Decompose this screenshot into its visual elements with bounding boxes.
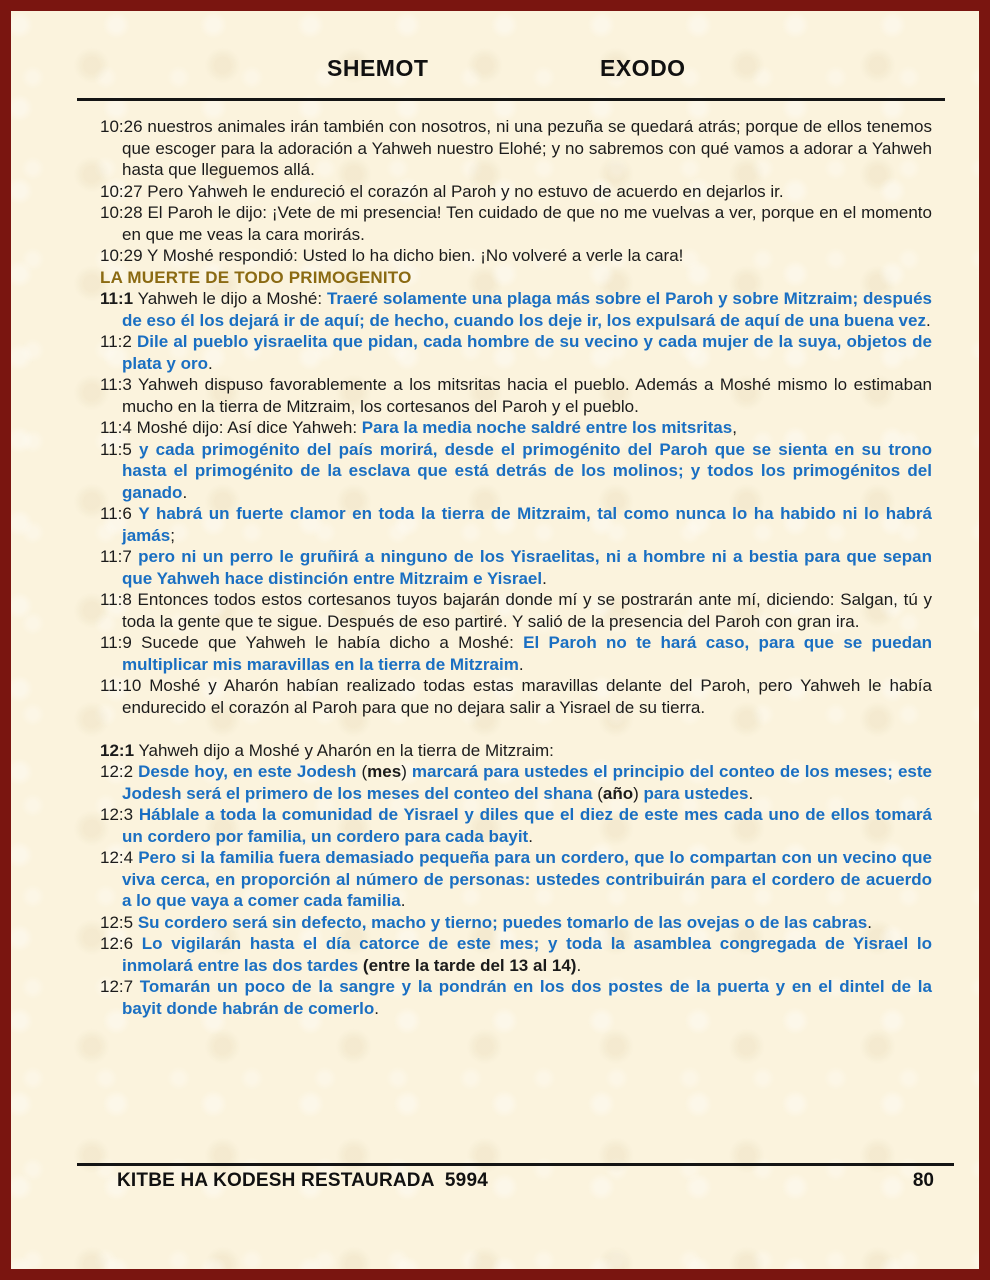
verse-text-segment: pero ni un perro le gruñirá a ninguno de…	[122, 547, 932, 588]
verse-number: 11:4	[100, 418, 132, 437]
verse-12-4: 12:4 Pero si la familia fuera demasiado …	[100, 847, 932, 912]
verse-text-segment: ,	[732, 418, 737, 437]
verse-text-segment: Entonces todos estos cortesanos tuyos ba…	[122, 590, 932, 631]
verse-11-8: 11:8 Entonces todos estos cortesanos tuy…	[100, 589, 932, 632]
section-heading: LA MUERTE DE TODO PRIMOGENITO	[100, 267, 932, 289]
verse-11-10: 11:10 Moshé y Aharón habían realizado to…	[100, 675, 932, 718]
verse-12-7: 12:7 Tomarán un poco de la sangre y la p…	[100, 976, 932, 1019]
verse-text-segment: Yahweh le dijo a Moshé:	[138, 289, 327, 308]
verse-number: 10:27	[100, 182, 143, 201]
verse-text-segment: El Paroh le dijo: ¡Vete de mi presencia!…	[122, 203, 932, 244]
verse-text-segment: Y habrá un fuerte clamor en toda la tier…	[122, 504, 932, 545]
verse-text-segment: Pero si la familia fuera demasiado peque…	[122, 848, 932, 910]
verse-text-segment: Tomarán un poco de la sangre y la pondrá…	[122, 977, 932, 1018]
verse-11-1: 11:1 Yahweh le dijo a Moshé: Traeré sola…	[100, 288, 932, 331]
footer-rule	[77, 1163, 954, 1166]
verse-text-segment: para ustedes	[644, 784, 749, 803]
verse-text-segment: mes	[367, 762, 401, 781]
verse-text-segment: .	[374, 999, 379, 1018]
verse-text-segment: Sucede que Yahweh le había dicho a Moshé…	[141, 633, 523, 652]
verse-number: 12:2	[100, 762, 133, 781]
verse-text-segment: Háblale a toda la comunidad de Yisrael y…	[122, 805, 932, 846]
verse-text-segment: Moshé y Aharón habían realizado todas es…	[122, 676, 932, 717]
verse-number: 11:3	[100, 375, 132, 394]
verse-number: 11:7	[100, 547, 132, 566]
verse-text-segment: Para la media noche saldré entre los mit…	[362, 418, 732, 437]
verse-text-segment: .	[519, 655, 524, 674]
verse-text-segment: (entre la tarde del 13 al 14)	[363, 956, 577, 975]
verse-number: 12:4	[100, 848, 133, 867]
verse-text-segment: Yahweh dijo a Moshé y Aharón en la tierr…	[138, 741, 553, 760]
verse-text-segment: )	[633, 784, 643, 803]
verse-10-26: 10:26 nuestros animales irán también con…	[100, 116, 932, 181]
verse-10-29: 10:29 Y Moshé respondió: Usted lo ha dic…	[100, 245, 932, 267]
header-rule	[77, 98, 945, 101]
verse-text-segment: nuestros animales irán también con nosot…	[122, 117, 932, 179]
verse-11-4: 11:4 Moshé dijo: Así dice Yahweh: Para l…	[100, 417, 932, 439]
verse-number: 11:5	[100, 440, 132, 459]
verse-text-segment: .	[926, 311, 931, 330]
verse-text-segment: )	[401, 762, 412, 781]
verse-12-5: 12:5 Su cordero será sin defecto, macho …	[100, 912, 932, 934]
verse-number: 11:8	[100, 590, 132, 609]
verse-12-3: 12:3 Háblale a toda la comunidad de Yisr…	[100, 804, 932, 847]
verse-text-segment: .	[867, 913, 872, 932]
verse-11-9: 11:9 Sucede que Yahweh le había dicho a …	[100, 632, 932, 675]
verse-number: 10:28	[100, 203, 143, 222]
verse-number: 12:3	[100, 805, 133, 824]
verse-text-segment: Yahweh dispuso favorablemente a los mits…	[122, 375, 932, 416]
verse-text-segment: Dile al pueblo yisraelita que pidan, cad…	[122, 332, 932, 373]
verse-11-5: 11:5 y cada primogénito del país morirá,…	[100, 439, 932, 504]
verse-text-segment: .	[182, 483, 187, 502]
verse-12-6: 12:6 Lo vigilarán hasta el día catorce d…	[100, 933, 932, 976]
verse-10-28: 10:28 El Paroh le dijo: ¡Vete de mi pres…	[100, 202, 932, 245]
verse-number: 12:1	[100, 741, 134, 760]
verse-text-segment: Pero Yahweh le endureció el corazón al P…	[147, 182, 783, 201]
verse-number: 12:6	[100, 934, 133, 953]
verse-12-1: 12:1 Yahweh dijo a Moshé y Aharón en la …	[100, 740, 932, 762]
verse-text-segment: Moshé dijo: Así dice Yahweh:	[137, 418, 362, 437]
verse-text-segment: año	[603, 784, 633, 803]
page-header: SHEMOT EXODO	[11, 55, 979, 87]
verse-text-segment: .	[748, 784, 753, 803]
verse-text-segment: Desde hoy, en este Jodesh	[138, 762, 361, 781]
verse-11-3: 11:3 Yahweh dispuso favorablemente a los…	[100, 374, 932, 417]
verse-text-segment: .	[401, 891, 406, 910]
verse-number: 11:6	[100, 504, 132, 523]
scripture-page: SHEMOT EXODO 10:26 nuestros animales irá…	[11, 11, 979, 1269]
footer-page-number: 80	[913, 1170, 934, 1192]
verse-text-segment: .	[528, 827, 533, 846]
verse-text-segment: .	[208, 354, 213, 373]
verse-number: 11:2	[100, 332, 132, 351]
verse-text-segment: y cada primogénito del país morirá, desd…	[122, 440, 932, 502]
scripture-text: 10:26 nuestros animales irán también con…	[100, 116, 932, 1019]
verse-number: 12:5	[100, 913, 133, 932]
verse-text-segment: .	[576, 956, 581, 975]
header-title-exodo: EXODO	[600, 55, 686, 82]
page-footer: KITBE HA KODESH RESTAURADA 5994 80	[117, 1170, 934, 1192]
verse-number: 10:26	[100, 117, 143, 136]
verse-number: 11:1	[100, 289, 133, 308]
verse-11-7: 11:7 pero ni un perro le gruñirá a ningu…	[100, 546, 932, 589]
verse-number: 10:29	[100, 246, 143, 265]
verse-10-27: 10:27 Pero Yahweh le endureció el corazó…	[100, 181, 932, 203]
verse-text-segment: ;	[170, 526, 175, 545]
verse-number: 11:10	[100, 676, 141, 695]
verse-text-segment: Y Moshé respondió: Usted lo ha dicho bie…	[147, 246, 683, 265]
verse-11-2: 11:2 Dile al pueblo yisraelita que pidan…	[100, 331, 932, 374]
verse-number: 12:7	[100, 977, 133, 996]
verse-number: 11:9	[100, 633, 132, 652]
verse-text-segment: Su cordero será sin defecto, macho y tie…	[138, 913, 867, 932]
footer-book-label: KITBE HA KODESH RESTAURADA 5994	[117, 1170, 488, 1192]
verse-11-6: 11:6 Y habrá un fuerte clamor en toda la…	[100, 503, 932, 546]
verse-text-segment: .	[542, 569, 547, 588]
header-title-shemot: SHEMOT	[327, 55, 428, 82]
verse-12-2: 12:2 Desde hoy, en este Jodesh (mes) mar…	[100, 761, 932, 804]
